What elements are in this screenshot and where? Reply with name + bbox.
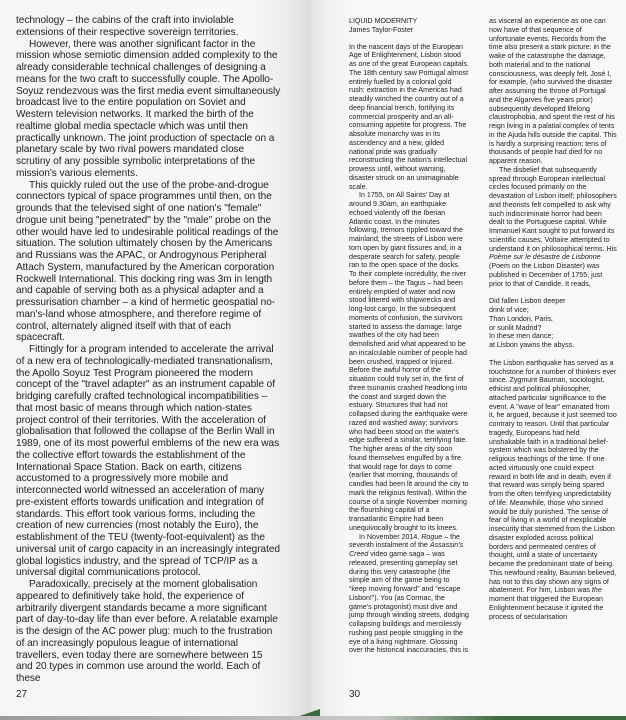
- essay-author: James Taylor-Foster: [349, 26, 469, 35]
- poem-line: Than London, Paris,: [489, 315, 617, 324]
- left-page: technology – the cabins of the craft int…: [0, 0, 311, 716]
- page-number: 30: [349, 689, 360, 700]
- poem-line: In these men dance;: [489, 332, 617, 341]
- poem-line: drink of vice;: [489, 306, 617, 315]
- left-page-body: technology – the cabins of the craft int…: [16, 15, 281, 685]
- paragraph: In November 2014, Rogue – the seventh in…: [349, 533, 469, 656]
- poem-line: at Lisbon yawns the abyss.: [489, 341, 617, 350]
- paragraph: technology – the cabins of the craft int…: [16, 15, 281, 39]
- paragraph: as visceral an experience as one can now…: [489, 17, 617, 166]
- book-spread: technology – the cabins of the craft int…: [0, 0, 626, 716]
- paragraph: Paradoxically, precisely at the moment g…: [16, 579, 281, 685]
- page-number: 27: [16, 689, 27, 700]
- essay-title: Liquid Modernity: [349, 17, 469, 26]
- poem-title: Poème sur le désastre de Lisbonne: [489, 253, 601, 261]
- right-page-column-1: Liquid Modernity James Taylor-Foster In …: [349, 17, 469, 655]
- game-title: Rogue: [421, 533, 442, 541]
- paragraph: The disbelief that subsequently spread t…: [489, 166, 617, 289]
- paragraph: In the nascent days of the European Age …: [349, 43, 469, 192]
- poem-line: or sunlit Madrid?: [489, 324, 617, 333]
- page-edge: [0, 716, 626, 720]
- paragraph: In 1755, on All Saints' Day at around 9.…: [349, 191, 469, 532]
- poem-line: Did fallen Lisbon deeper: [489, 297, 617, 306]
- right-page-column-2: as visceral an experience as one can now…: [489, 17, 617, 621]
- paragraph: This quickly ruled out the use of the pr…: [16, 180, 281, 345]
- right-page: Liquid Modernity James Taylor-Foster In …: [311, 0, 626, 716]
- poem-quote: Did fallen Lisbon deeper drink of vice; …: [489, 297, 617, 350]
- paragraph: However, there was another significant f…: [16, 39, 281, 180]
- paragraph: Fittingly for a program intended to acce…: [16, 344, 281, 579]
- paragraph: The Lisbon earthquake has served as a to…: [489, 359, 617, 622]
